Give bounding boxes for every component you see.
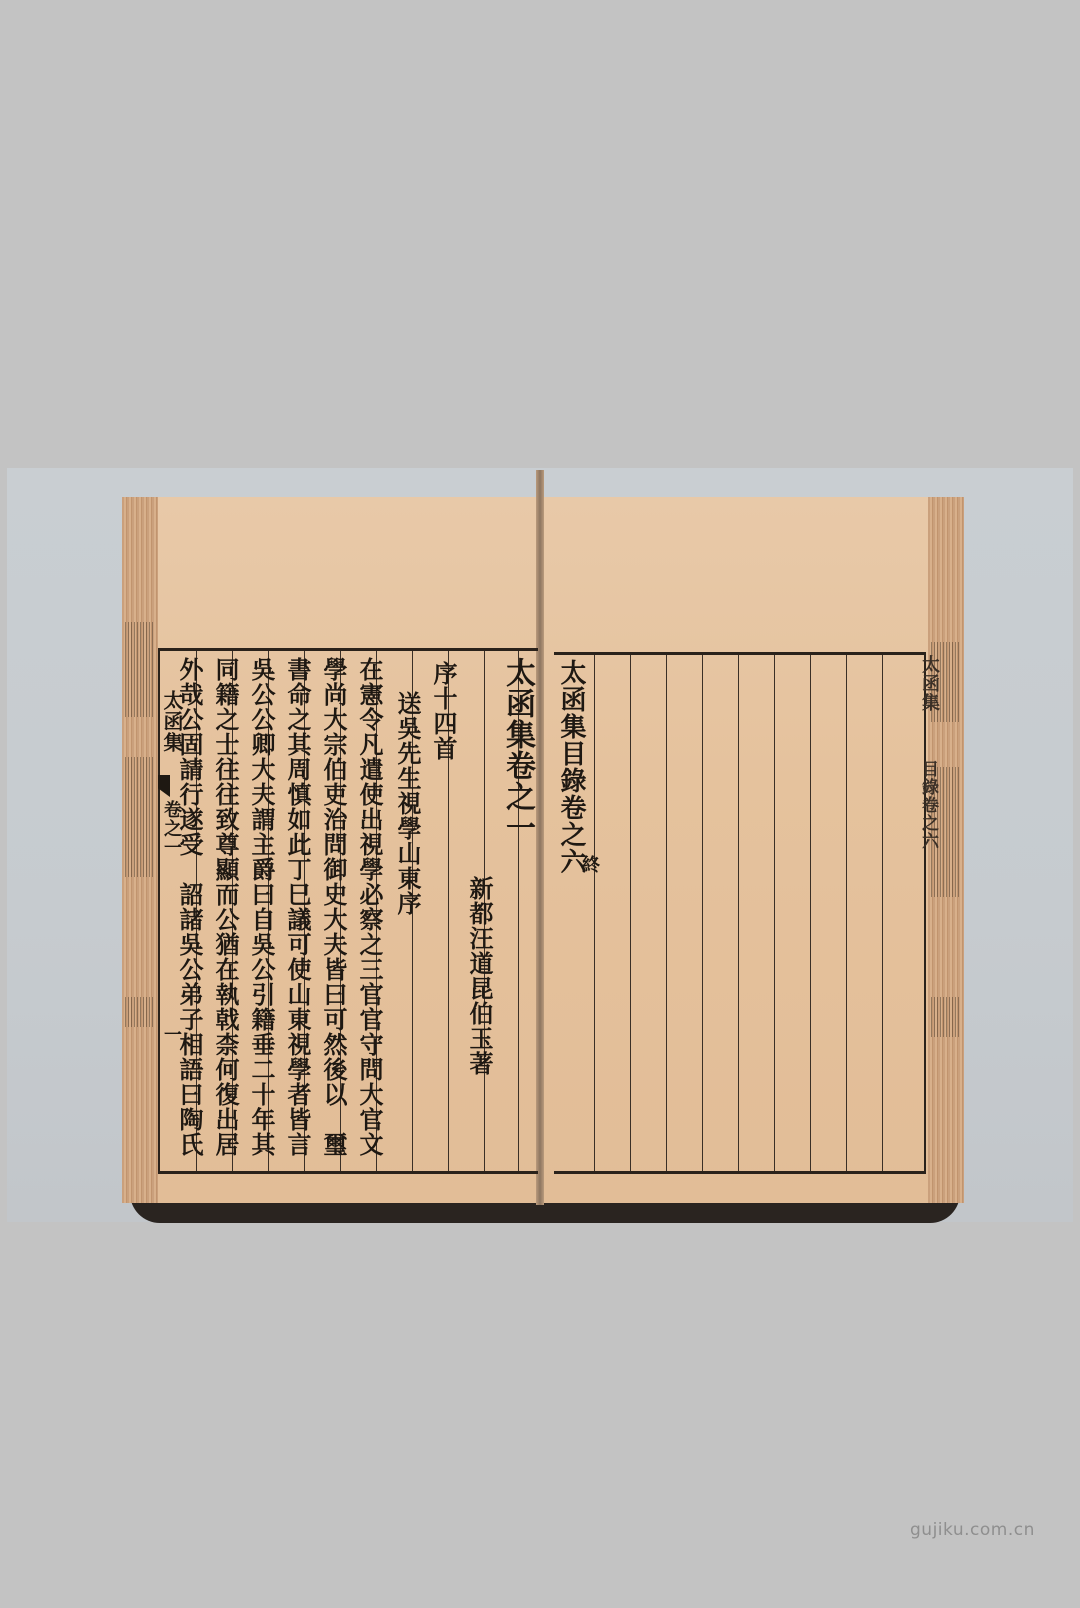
catalog-end-title-column: 太函集目錄卷之六 [556, 659, 586, 875]
body-text-column: 書命之其周慎如此丁巳議可使山東視學者皆言 [280, 657, 314, 1157]
edge-ink-smudge [125, 622, 155, 717]
end-mark: 終 [578, 855, 600, 874]
margin-volume-label: 卷之一 [160, 800, 182, 857]
site-watermark: gujiku.com.cn [910, 1520, 1035, 1540]
column-rule [846, 655, 847, 1171]
right-margin-book-title: 太函集 [918, 655, 940, 712]
author-column: 新都汪道昆伯玉著 [462, 876, 496, 1076]
column-rule [882, 655, 883, 1171]
column-rule [594, 655, 595, 1171]
edge-ink-smudge [931, 997, 961, 1037]
body-text-column: 在憲令凡遣使出視學必察之三官官守問大官文 [352, 657, 386, 1157]
section-heading-column: 序十四首 [426, 661, 460, 761]
left-page-edge [122, 497, 158, 1203]
edge-ink-smudge [125, 997, 155, 1027]
body-text-column: 吳公公卿大夫謂主爵曰自吳公引籍垂二十年其 [244, 657, 278, 1157]
column-rule [630, 655, 631, 1171]
left-page-text-frame: 太函集卷之一 新都汪道昆伯玉著 序十四首 送吳先生視學山東序 在憲令凡遣使出視學… [158, 648, 538, 1174]
margin-book-title: 太函集 [160, 690, 184, 753]
column-rule [810, 655, 811, 1171]
body-text-column: 同籍之士往往致尊顯而公猶在執戟柰何復出居 [208, 657, 242, 1157]
column-rule [666, 655, 667, 1171]
essay-title-column: 送吳先生視學山東序 [390, 691, 424, 916]
right-page-edge [928, 497, 964, 1203]
column-rule [702, 655, 703, 1171]
margin-page-number: 一 [160, 1025, 182, 1044]
volume-title-column: 太函集卷之一 [500, 657, 534, 843]
column-rule [738, 655, 739, 1171]
right-margin-volume-label: 目錄卷之六 [918, 760, 938, 850]
column-rule [774, 655, 775, 1171]
edge-ink-smudge [125, 757, 155, 877]
right-page-text-frame: 太函集目錄卷之六 終 [554, 652, 926, 1174]
body-text-column: 學尚大宗伯吏治問御史大夫皆曰可然後以 璽 [316, 657, 350, 1157]
